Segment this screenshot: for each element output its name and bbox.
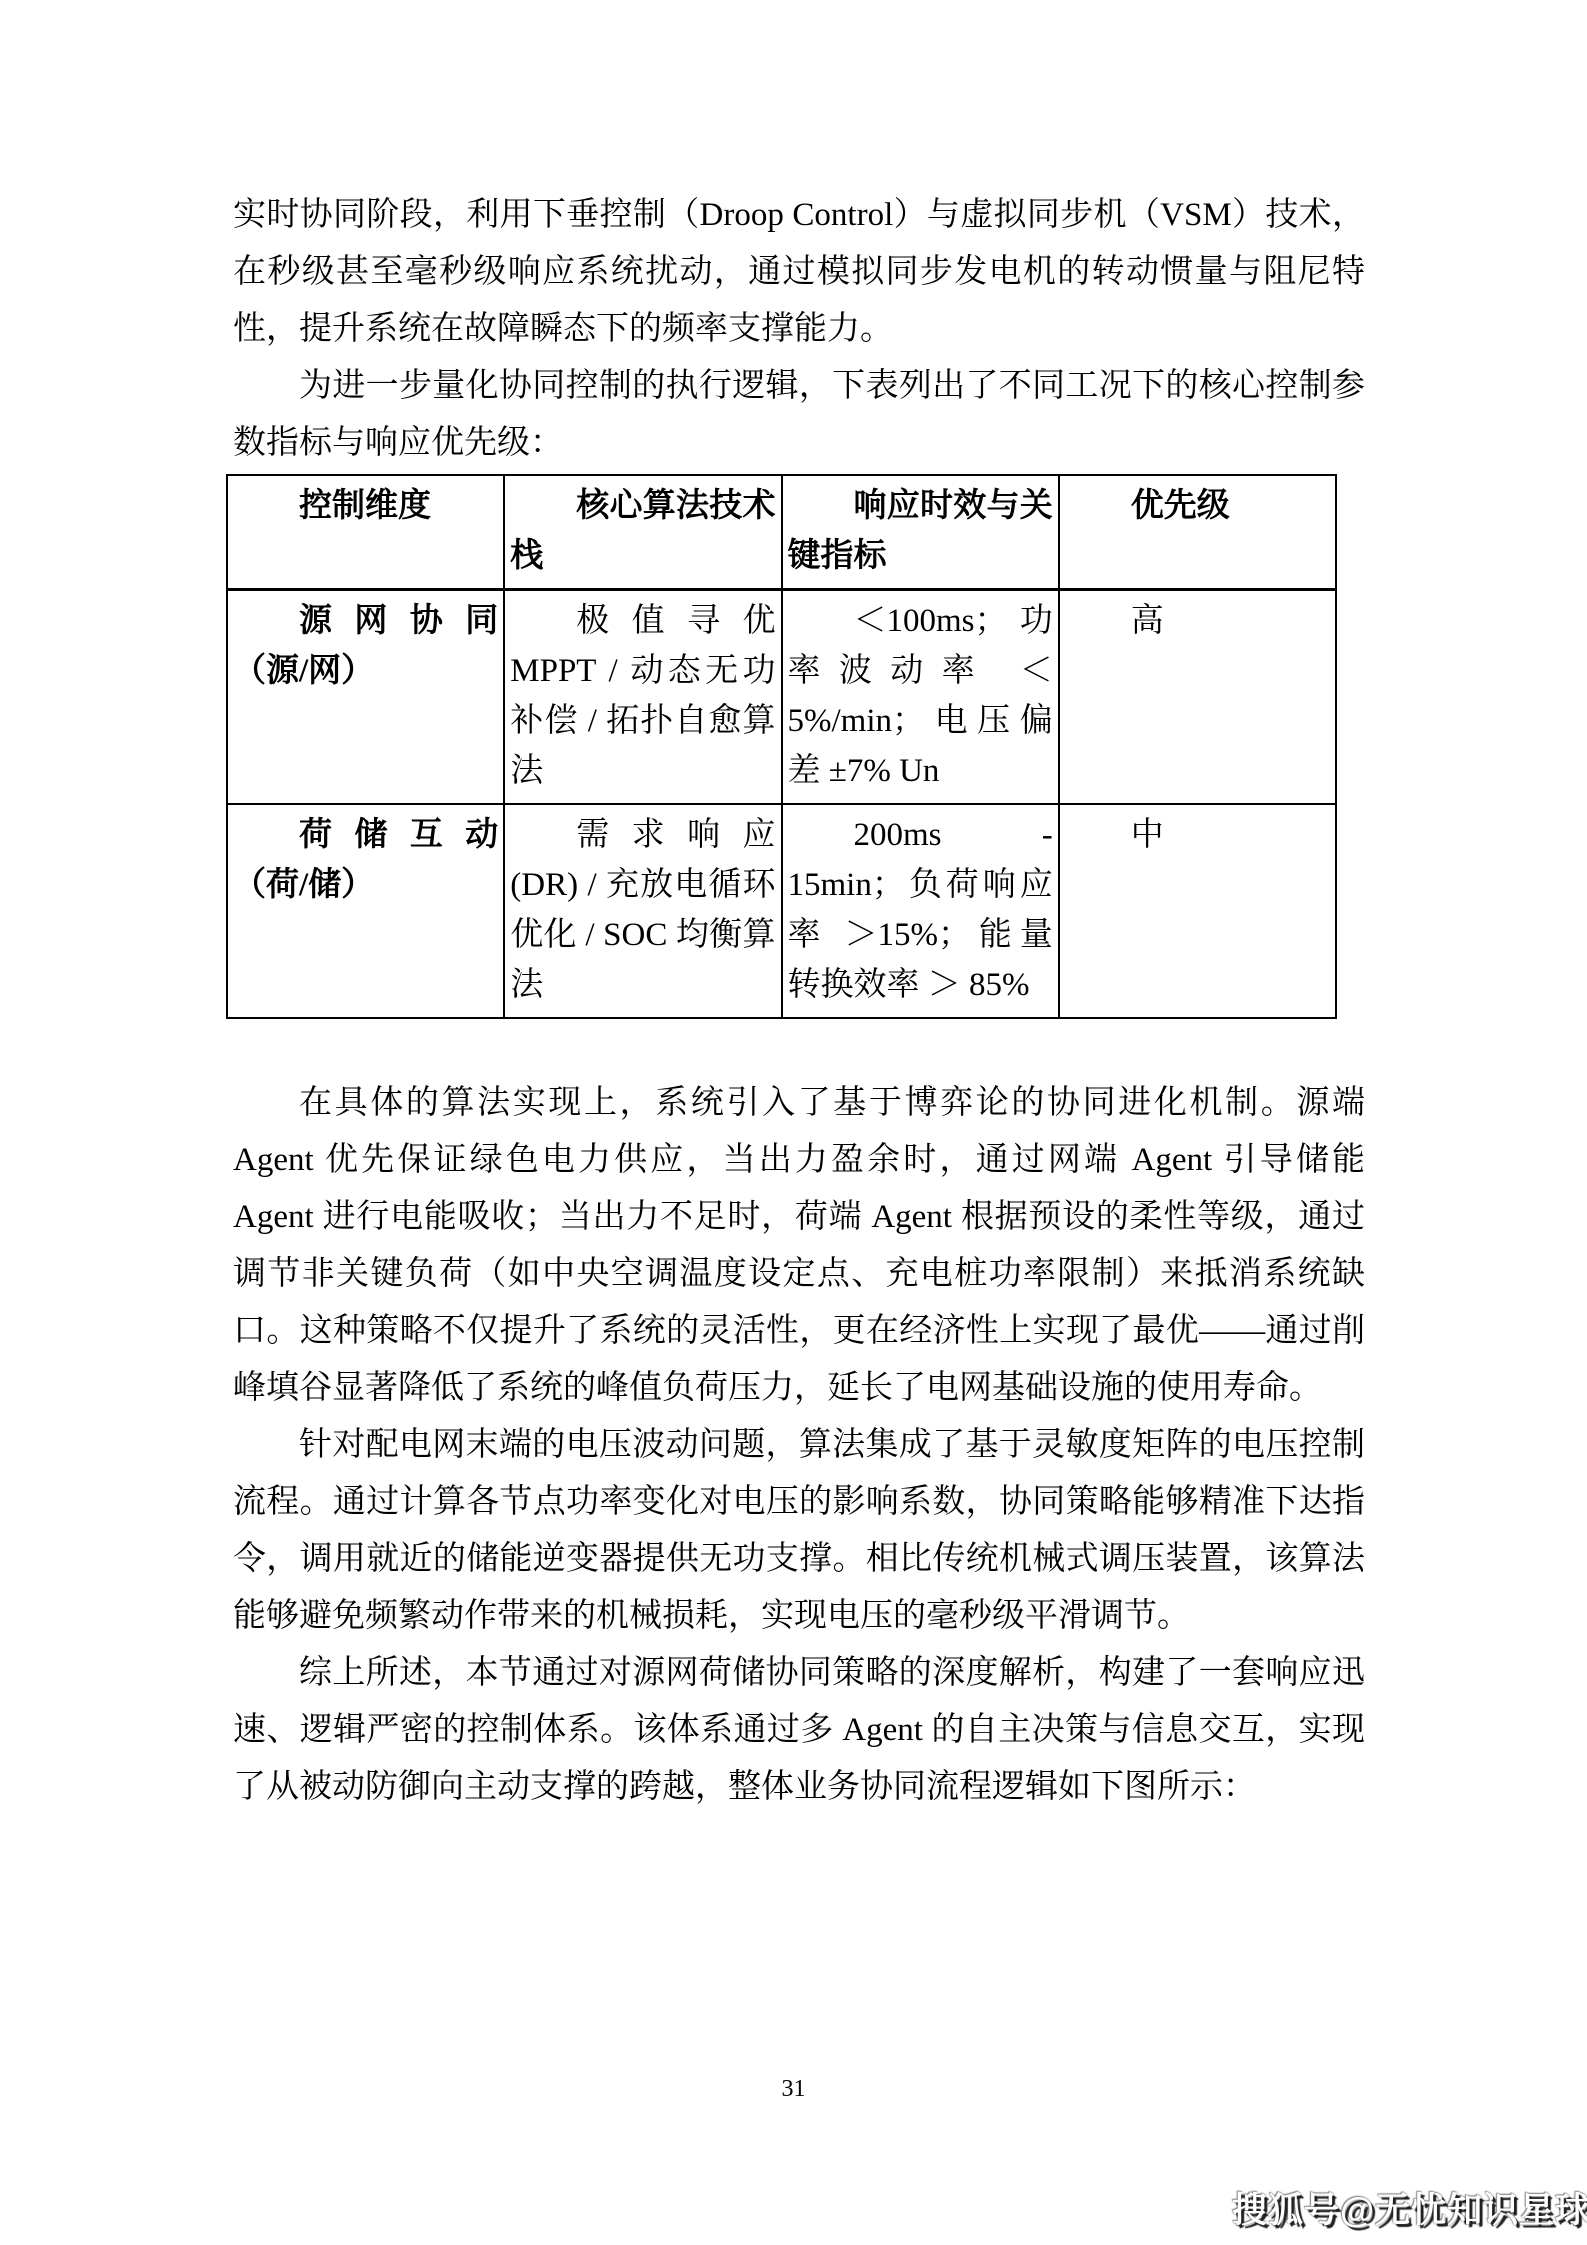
cell-algorithms-source-grid: 极值寻优MPPT / 动态无功补偿 / 拓扑自愈算法 bbox=[504, 590, 781, 805]
control-parameters-table: 控制维度 核心算法技术栈 响应时效与关键指标 优先级 源网协同（源/网） 极值寻… bbox=[226, 474, 1337, 1019]
paragraph-realtime-coordination: 实时协同阶段，利用下垂控制（Droop Control）与虚拟同步机（VSM）技… bbox=[233, 187, 1365, 358]
table-header: 控制维度 核心算法技术栈 响应时效与关键指标 优先级 bbox=[227, 475, 1336, 590]
page-content: 实时协同阶段，利用下垂控制（Droop Control）与虚拟同步机（VSM）技… bbox=[233, 187, 1365, 1816]
paragraph-algorithm-implementation: 在具体的算法实现上，系统引入了基于博弈论的协同进化机制。源端 Agent 优先保… bbox=[233, 1075, 1365, 1417]
cell-dimension-source-grid: 源网协同（源/网） bbox=[227, 590, 504, 805]
table-row-source-grid: 源网协同（源/网） 极值寻优MPPT / 动态无功补偿 / 拓扑自愈算法 ＜10… bbox=[227, 590, 1336, 805]
header-response-time-metrics: 响应时效与关键指标 bbox=[782, 475, 1059, 590]
page-number: 31 bbox=[0, 2076, 1587, 2103]
cell-priority-source-grid: 高 bbox=[1059, 590, 1336, 805]
paragraph-table-intro: 为进一步量化协同控制的执行逻辑，下表列出了不同工况下的核心控制参数指标与响应优先… bbox=[233, 358, 1365, 472]
cell-algorithms-load-storage: 需求响应(DR) / 充放电循环优化 / SOC 均衡算法 bbox=[504, 804, 781, 1018]
cell-dimension-load-storage: 荷储互动（荷/储） bbox=[227, 804, 504, 1018]
table-body: 源网协同（源/网） 极值寻优MPPT / 动态无功补偿 / 拓扑自愈算法 ＜10… bbox=[227, 590, 1336, 1019]
header-core-algorithm-stack: 核心算法技术栈 bbox=[504, 475, 781, 590]
cell-metrics-source-grid: ＜100ms；功率波动率 ＜5%/min；电压偏差 ±7% Un bbox=[782, 590, 1059, 805]
paragraph-summary: 综上所述，本节通过对源网荷储协同策略的深度解析，构建了一套响应迅速、逻辑严密的控… bbox=[233, 1645, 1365, 1816]
cell-priority-load-storage: 中 bbox=[1059, 804, 1336, 1018]
header-control-dimension: 控制维度 bbox=[227, 475, 504, 590]
table-header-row: 控制维度 核心算法技术栈 响应时效与关键指标 优先级 bbox=[227, 475, 1336, 590]
paragraph-voltage-control: 针对配电网末端的电压波动问题，算法集成了基于灵敏度矩阵的电压控制流程。通过计算各… bbox=[233, 1417, 1365, 1645]
cell-metrics-load-storage: 200ms - 15min；负荷响应率 ＞15%；能量转换效率 ＞ 85% bbox=[782, 804, 1059, 1018]
header-priority: 优先级 bbox=[1059, 475, 1336, 590]
watermark: 搜狐号@无忧知识星球 bbox=[1232, 2183, 1587, 2233]
table-row-load-storage: 荷储互动（荷/储） 需求响应(DR) / 充放电循环优化 / SOC 均衡算法 … bbox=[227, 804, 1336, 1018]
